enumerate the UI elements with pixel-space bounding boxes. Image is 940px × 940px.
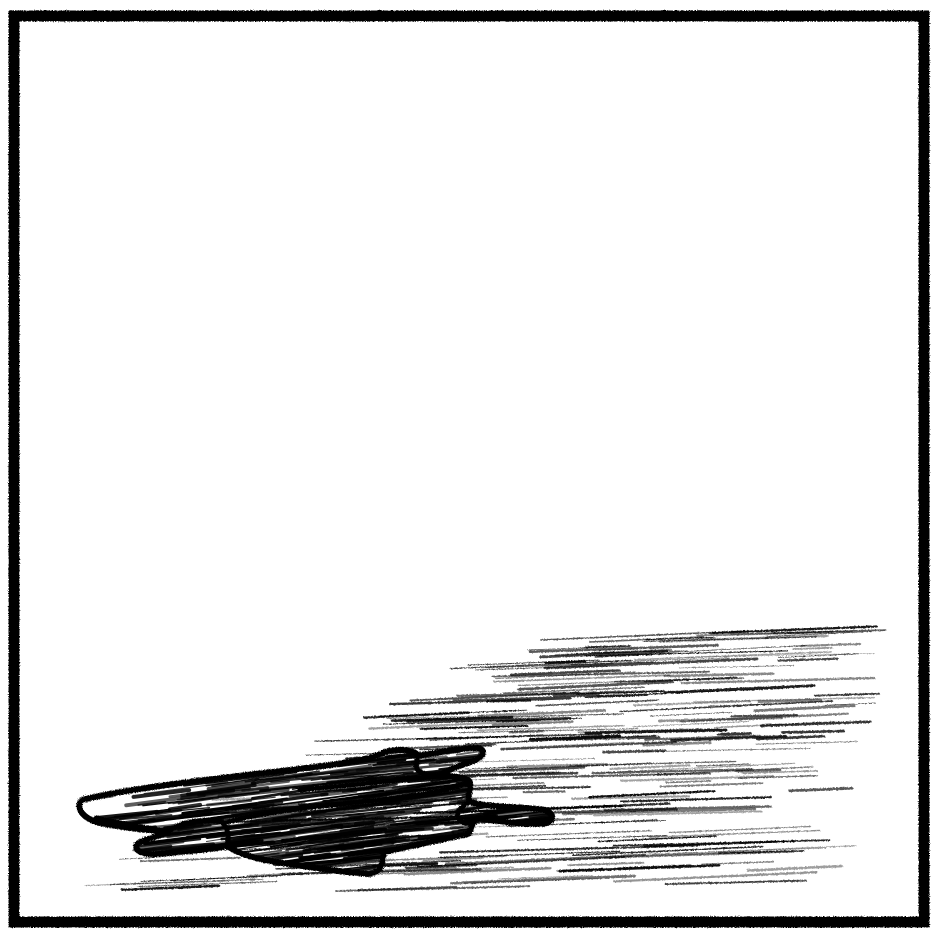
comic-panel (0, 0, 940, 940)
